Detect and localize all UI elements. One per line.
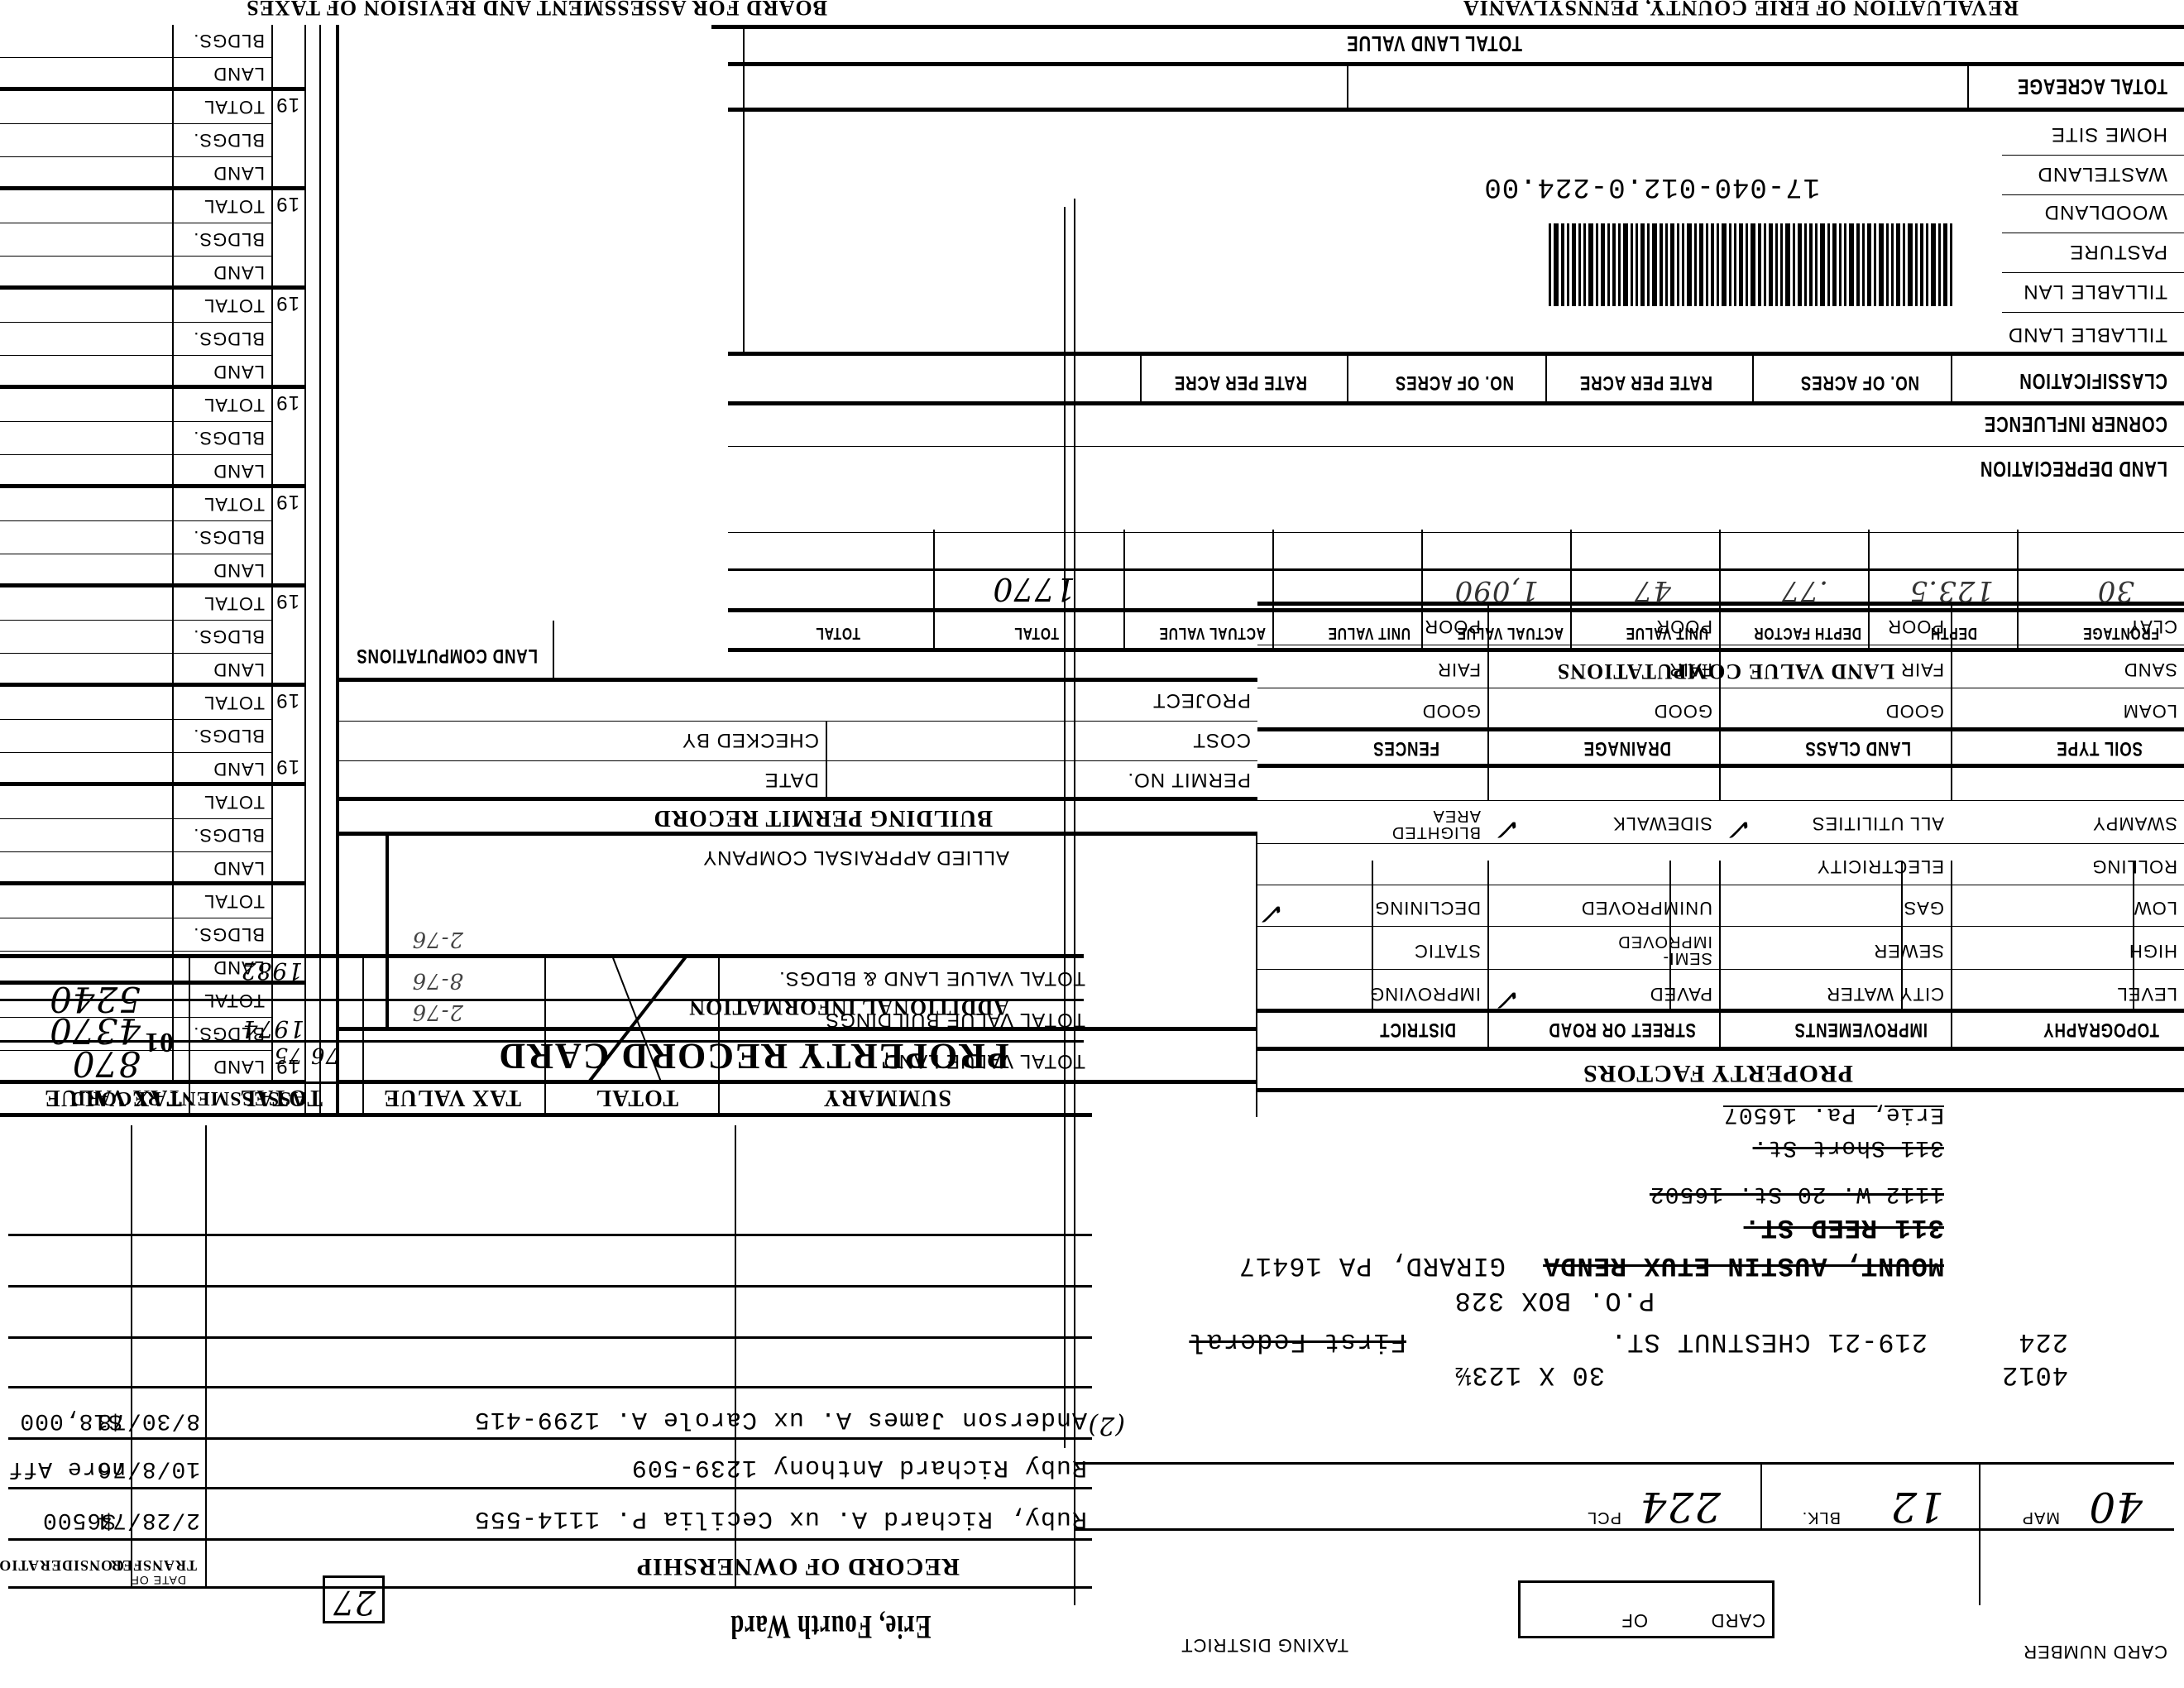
rate-per-acre-label-1: RATE PER ACRE [1579,371,1712,394]
pcl-label: PCL [1587,1508,1621,1527]
land-value-computations-title: LAND VALUE COMPUTATIONS [1557,659,1894,683]
checked-by-label: CHECKED BY [682,728,819,751]
additional-info-title: ADDITIONAL INFORMATION [688,995,1009,1019]
card-label: CARD [1711,1609,1765,1631]
ownership-title: RECORD OF OWNERSHIP [636,1552,960,1580]
factor-sidewalk: SIDEWALK [1612,813,1712,834]
land-type-home-site: HOME SITE [2051,122,2167,146]
row-total-4: TOTAL [204,692,265,713]
row-land-3: LAND [213,857,265,879]
row-total-8: TOTAL [204,295,265,316]
soil-col-fences: FENCES [1372,736,1439,760]
row-land-1: LAND [213,1056,265,1077]
row-bldgs-2: BLDGS. [193,923,265,945]
info-old-address-2: 1112 W. 20 St. 16502 [1650,1181,1944,1206]
owner-row-2: Ruby Richard Anthony 1239-509 [631,1453,1087,1481]
factor-level: LEVEL [2117,983,2178,1005]
depth-factor-value: .77 [1781,574,1828,607]
factor-col-district: DISTRICT [1379,1018,1456,1041]
taxing-district-label: TAXING DISTRICT [1249,1635,1348,1655]
check-sidewalk: ✓ [1497,812,1522,846]
map-value: 40 [2088,1483,2143,1531]
info-po-box: P.O. BOX 328 [1454,1285,1655,1316]
row-bldgs-8: BLDGS. [193,328,265,349]
row-total-7: TOTAL [204,394,265,415]
col-unit-value-2: UNIT VALUE [1328,623,1410,642]
side-number: 76 75 [323,1043,339,1067]
col-actual-value-1: ACTUAL VALUE [1457,623,1564,642]
info-old-city: Erie, Pa. 16507 [1723,1101,1944,1127]
card-number-label: CARD NUMBER [2023,1642,2167,1662]
of-label: OF [1621,1609,1648,1631]
total-value: 1770 [992,571,1075,607]
row-land-2: LAND [213,957,265,978]
year-prefix-9: 19 [275,192,299,215]
owner-row-3: Anderson James A. ux Carole A. 1299-415 [474,1405,1087,1433]
total-land-value-label: TOTAL LAND VALUE [1346,31,1522,56]
consideration-1: $6500 [42,1507,116,1532]
no-of-acres-label-2: NO. OF ACRES [1395,371,1514,394]
info-prior-owner-struck: MOUNT, AUSTIN ETUX RENDA [1543,1250,1944,1281]
col-actual-value-2: ACTUAL VALUE [1159,623,1266,642]
record-card-section: PROPERTY RECORD CARD ADDITIONAL INFORMAT… [331,836,1257,1117]
year-prefix-10: 19 [275,93,299,116]
ownership-section: RECORD OF OWNERSHIP DATE OF TRANSFER CON… [0,1076,1092,1589]
col-total-2: TOTAL [816,623,860,642]
corner-influence-label: CORNER INFLUENCE [1984,411,2167,437]
land-type-pasture: PASTURE [2069,240,2167,263]
row-bldgs-4: BLDGS. [193,725,265,746]
factor-col-improvements: IMPROVEMENTS [1794,1018,1928,1041]
row-bldgs-9: BLDGS. [193,228,265,250]
factor-all-utilities: ALL UTILITIES [1812,813,1944,834]
factor-unimproved: UNIMPROVED [1581,897,1712,918]
depth-value: 123.5 [1909,574,1994,607]
assessment-stamp: 01 [144,1026,174,1057]
row-total-2: TOTAL [204,890,265,912]
factor-swampy: SWAMPY [2092,813,2177,834]
soil-col-type: SOIL TYPE [2057,736,2143,760]
factor-sewer: SEWER [1873,940,1944,961]
check-paved: ✓ [1497,982,1522,1016]
frontage-value: 30 [2097,574,2134,607]
factor-declining: DECLINING [1374,897,1481,918]
assessment-year-1: 1974 [242,1015,304,1043]
info-city-state-zip: GIRARD, PA 16417 [1238,1250,1506,1281]
factor-static: STATIC [1414,940,1481,961]
note-1: 2-76 [412,1000,463,1024]
row-land-10: LAND [213,162,265,184]
soil-col-land-class: LAND CLASS [1805,736,1911,760]
row-total-6: TOTAL [204,493,265,515]
factor-blighted-area: BLIGHTED AREA [1390,808,1481,841]
row-total-9: TOTAL [204,195,265,217]
land-type-tillable-lan: TILLABLE LAN [2023,280,2167,303]
row-land-4: LAND [213,758,265,779]
row-land-7: LAND [213,460,265,482]
soil-col-drainage: DRAINAGE [1583,736,1671,760]
rate-per-acre-label-2: RATE PER ACRE [1174,371,1307,394]
col-total-1: TOTAL [1014,623,1059,642]
factor-city-water: CITY WATER [1826,983,1944,1005]
card-of-box[interactable]: CARD OF [1518,1580,1774,1638]
consideration-3: $18,000 [19,1407,122,1433]
blk-value: 12 [1889,1483,1944,1531]
row-land-9: LAND [213,261,265,283]
check-all-utilities: ✓ [1729,812,1754,846]
row-land-11: LAND [213,63,265,84]
land-value-computations: LAND VALUE COMPUTATIONS FRONTAGE DEPTH D… [728,513,2184,695]
actual-value: 1,090 [1454,574,1539,607]
row-bldgs-6: BLDGS. [193,526,265,548]
land-computations-label: LAND COMPUTATIONS [356,644,538,667]
total-acreage-label: TOTAL ACREAGE [2017,74,2167,99]
cost-label: COST [1192,728,1251,751]
unit-value: 47 [1634,574,1671,607]
blk-label: BLK. [1802,1508,1841,1527]
year-prefix-5: 19 [275,589,299,612]
land-type-tillable-land: TILLABLE LAND [2008,323,2167,346]
assessment-record-title: ASSESSMENT RECORD [70,1086,306,1109]
assessment-record: ASSESSMENT RECORD 19 LAND 870 BLDGS. 437… [0,25,339,1117]
factor-col-street: STREET OR ROAD [1549,1018,1696,1041]
county-title: REVALUATION OF ERIE COUNTY, PENNSYLVANIA [1463,0,2019,20]
info-line2-struck: First Federal [1189,1326,1406,1357]
consideration-2: nore Aff [8,1455,126,1481]
row-total-3: TOTAL [204,791,265,813]
soil-loam: LOAM [2123,700,2177,722]
parcel-barcode [1546,223,1952,306]
factor-rolling: ROLLING [2091,856,2177,877]
info-line1-left: 4012 [2001,1360,2068,1390]
info-old-address-1: 311 REED ST. [1744,1212,1944,1243]
note-2: 8-76 [412,968,463,993]
row-land-5: LAND [213,659,265,680]
fences-good: GOOD [1422,700,1481,722]
board-title: BOARD FOR ASSESSMENT AND REVISION OF TAX… [246,0,827,20]
row-total-1: TOTAL [204,990,265,1011]
year-prefix-4: 19 [275,688,299,712]
note-3: 2-76 [412,927,463,952]
row-land-6: LAND [213,559,265,581]
land-factors: LAND DEPRECIATION CORNER INFLUENCE CLASS… [711,0,2184,513]
col-unit-value-1: UNIT VALUE [1626,623,1708,642]
row-bldgs-7: BLDGS. [193,427,265,448]
info-line2-street: 219-21 CHESTNUT ST. [1610,1326,1928,1357]
row-bldgs-10: BLDGS. [193,129,265,151]
factor-low: LOW [2134,897,2177,918]
row-bldgs-3: BLDGS. [193,824,265,846]
assessment-total-value: 5240 [49,979,141,1019]
appraisal-company: ALLIED APPRAISAL COMPANY [702,846,1009,869]
permit-date-label: DATE [764,768,819,791]
drainage-good: GOOD [1654,700,1712,722]
property-info: 4012 30 X 123½ 224 219-21 CHESTNUT ST. F… [1084,1109,2184,1465]
factor-electricity: ELECTRICITY [1817,856,1944,877]
col-depth: DEPTH [1930,623,1977,642]
land-depreciation-label: LAND DEPRECIATION [1980,456,2167,482]
year-prefix-7: 19 [275,391,299,414]
land-type-wasteland: WASTELAND [2038,162,2167,185]
row-total-5: TOTAL [204,592,265,614]
map-label: MAP [2022,1508,2060,1527]
factor-high: HIGH [2129,940,2177,961]
factor-paved: PAVED [1650,983,1712,1005]
classification-label: CLASSIFICATION [2019,368,2167,394]
factor-semi-improved: SEMI-IMPROVED [1621,933,1712,966]
parcel-id: 17-040-012.0-224.00 [1483,170,1820,202]
col-frontage: FRONTAGE [2082,623,2159,642]
taxing-district-value: Erie, Fourth Ward [730,1608,932,1647]
info-old-address-3: 311 Short St. [1753,1134,1944,1160]
row-land-8: LAND [213,361,265,382]
year-prefix-8: 19 [275,291,299,314]
factor-col-topography: TOPOGRAPHY [2043,1018,2159,1041]
permit-no-label: PERMIT NO. [1127,768,1251,791]
check-declining: ✓ [1262,896,1286,930]
year-prefix-6: 19 [275,490,299,513]
date-of-label: DATE OF [131,1574,186,1587]
info-line1-right: 30 X 123½ [1454,1360,1605,1390]
col-depth-factor: DEPTH FACTOR [1754,623,1861,642]
factor-gas: GAS [1904,897,1944,918]
property-record-card: CARD NUMBER CARD OF TAXING DISTRICT Erie… [0,0,2184,1688]
land-type-woodland: WOODLAND [2044,200,2167,223]
property-record-card-title: PROPERTY RECORD CARD [497,1035,1009,1077]
factor-improving: IMPROVING [1369,983,1481,1005]
owner-row-1: Ruby, Richard A. ux Cecilia P. 1114-555 [474,1504,1087,1532]
row-total-10: TOTAL [204,96,265,117]
info-line2-left: 224 [2018,1326,2068,1357]
pcl-value: 224 [1640,1483,1721,1531]
building-permit-title: BUILDING PERMIT RECORD [654,804,993,831]
year-prefix-3: 19 [275,755,299,778]
land-class-good: GOOD [1885,700,1944,722]
row-bldgs-11: BLDGS. [193,30,265,51]
no-of-acres-label-1: NO. OF ACRES [1800,371,1919,394]
property-factors-title: PROPERTY FACTORS [1583,1059,1853,1087]
consideration-label: CONSIDERATION [0,1556,124,1574]
row-bldgs-5: BLDGS. [193,626,265,647]
